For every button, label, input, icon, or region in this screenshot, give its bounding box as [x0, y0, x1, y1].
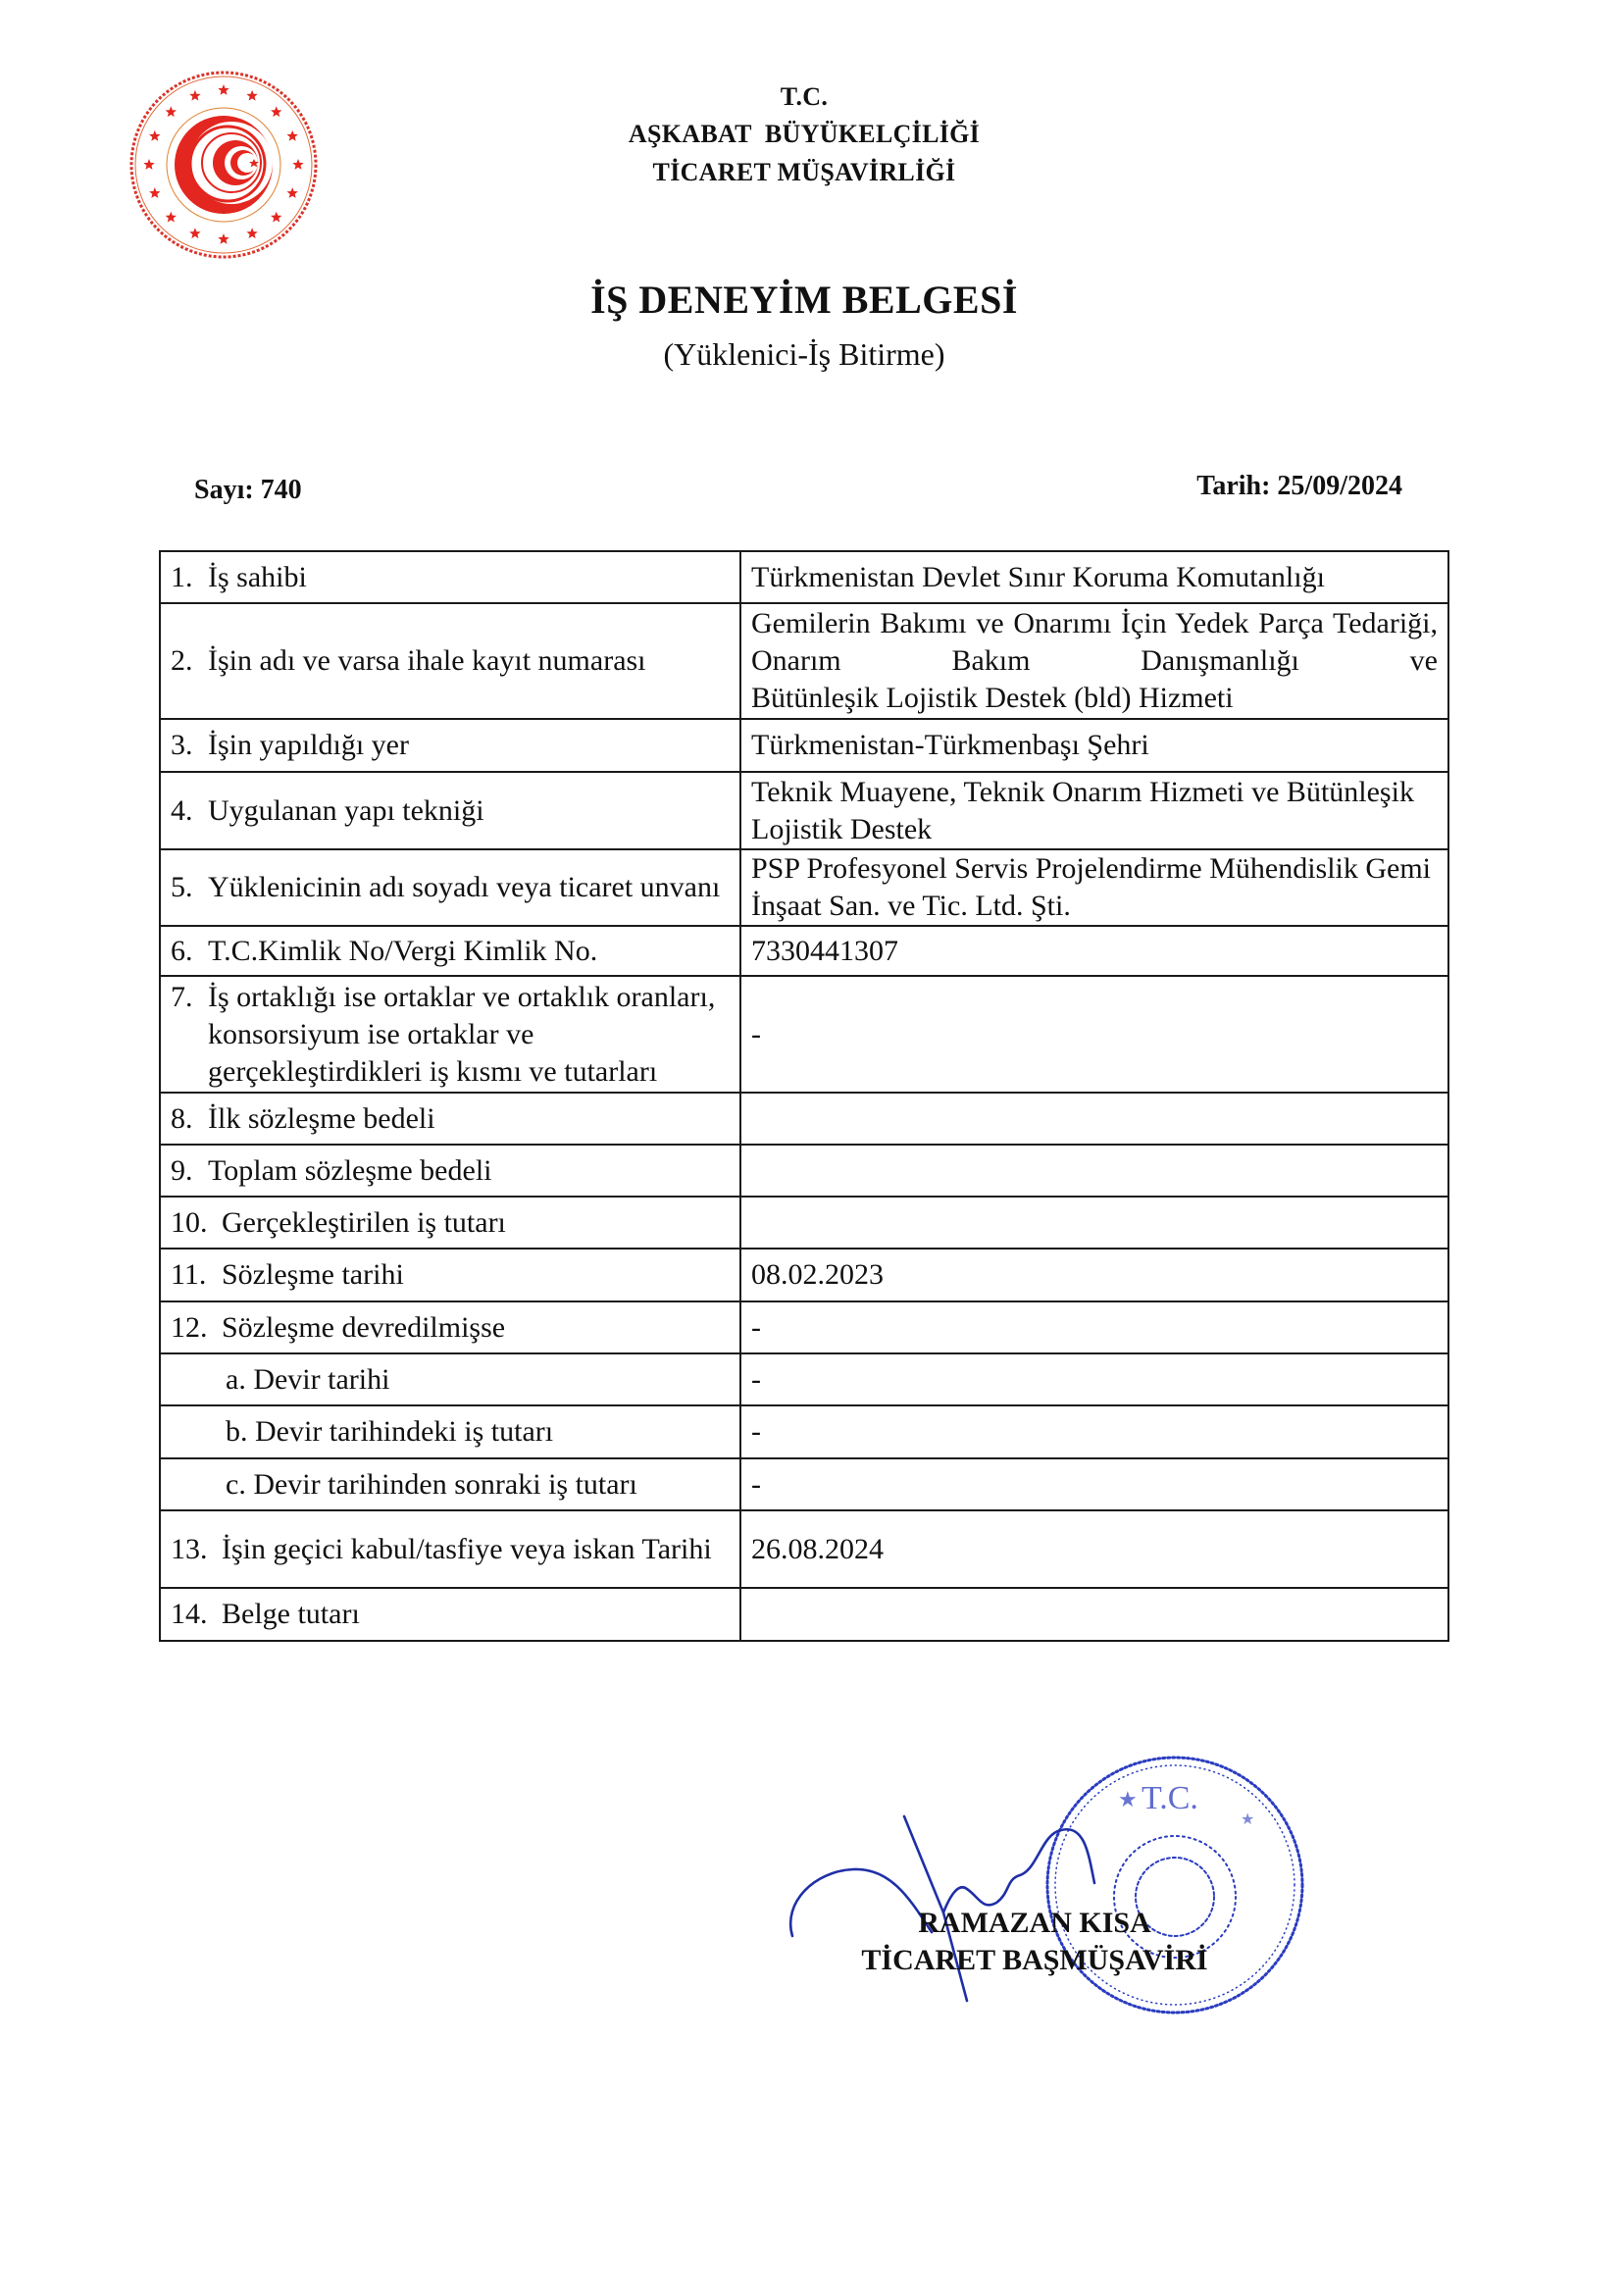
row-value: PSP Profesyonel Servis Projelendirme Müh… — [751, 852, 1431, 922]
header-office: TİCARET MÜŞAVİRLİĞİ — [549, 158, 1059, 187]
row-number: 13. — [171, 1531, 222, 1568]
document-date: Tarih: 25/09/2024 — [1196, 471, 1402, 502]
row-value: Gemilerin Bakımı ve Onarımı İçin Yedek P… — [751, 607, 1438, 677]
row-value-cell: 7330441307 — [740, 926, 1448, 976]
table-row: 14.Belge tutarı — [160, 1588, 1448, 1641]
row-value-cell: Türkmenistan-Türkmenbaşı Şehri — [740, 719, 1448, 772]
row-label-cell: 12.Sözleşme devredilmişse — [160, 1301, 740, 1353]
row-label-cell: 7.İş ortaklığı ise ortaklar ve ortaklık … — [160, 976, 740, 1093]
row-label-cell: 11.Sözleşme tarihi — [160, 1249, 740, 1301]
row-label-cell: 8.İlk sözleşme bedeli — [160, 1093, 740, 1145]
row-label: Uygulanan yapı tekniği — [208, 792, 484, 830]
row-label: İş ortaklığı ise ortaklar ve ortaklık or… — [208, 979, 730, 1091]
table-row: 7.İş ortaklığı ise ortaklar ve ortaklık … — [160, 976, 1448, 1093]
handwritten-signature-icon — [775, 1795, 1187, 2011]
row-number: 7. — [171, 979, 208, 1091]
table-row: 2.İşin adı ve varsa ihale kayıt numarası… — [160, 603, 1448, 719]
document-subtitle: (Yüklenici-İş Bitirme) — [451, 336, 1157, 373]
header-embassy: AŞKABAT BÜYÜKELÇİLİĞİ — [549, 120, 1059, 149]
row-number: 14. — [171, 1596, 222, 1633]
row-label: T.C.Kimlik No/Vergi Kimlik No. — [208, 933, 597, 970]
table-row: 9.Toplam sözleşme bedeli — [160, 1145, 1448, 1197]
row-label: Belge tutarı — [222, 1596, 360, 1633]
row-label: İşin yapıldığı yer — [208, 727, 409, 764]
row-label: Sözleşme tarihi — [222, 1256, 404, 1294]
row-value: 08.02.2023 — [751, 1258, 884, 1291]
table-row: 5.Yüklenicinin adı soyadı veya ticaret u… — [160, 849, 1448, 926]
table-row: 10.Gerçekleştirilen iş tutarı — [160, 1197, 1448, 1249]
row-value-cell — [740, 1588, 1448, 1641]
row-value-cell: - — [740, 1353, 1448, 1405]
row-label-cell: 2.İşin adı ve varsa ihale kayıt numarası — [160, 603, 740, 719]
row-value: - — [751, 1018, 761, 1050]
row-number: 1. — [171, 559, 208, 596]
row-number: 9. — [171, 1152, 208, 1190]
table-row: a. Devir tarihi- — [160, 1353, 1448, 1405]
row-value: - — [751, 1311, 761, 1344]
document-number: Sayı: 740 — [194, 475, 302, 506]
row-label-cell: 14.Belge tutarı — [160, 1588, 740, 1641]
table-row: b. Devir tarihindeki iş tutarı- — [160, 1405, 1448, 1458]
row-label-cell: c. Devir tarihinden sonraki iş tutarı — [160, 1458, 740, 1510]
row-value: - — [751, 1468, 761, 1501]
row-label: Yüklenicinin adı soyadı veya ticaret unv… — [208, 869, 720, 906]
table-row: 6.T.C.Kimlik No/Vergi Kimlik No.73304413… — [160, 926, 1448, 976]
row-number: 6. — [171, 933, 208, 970]
row-label: Gerçekleştirilen iş tutarı — [222, 1204, 506, 1242]
row-value-cell: 26.08.2024 — [740, 1510, 1448, 1588]
row-number: 10. — [171, 1204, 222, 1242]
row-label-cell: 10.Gerçekleştirilen iş tutarı — [160, 1197, 740, 1249]
row-label-cell: b. Devir tarihindeki iş tutarı — [160, 1405, 740, 1458]
row-value-continued: Bütünleşik Lojistik Destek (bld) Hizmeti — [751, 680, 1438, 717]
table-row: 8.İlk sözleşme bedeli — [160, 1093, 1448, 1145]
experience-info-table: 1.İş sahibiTürkmenistan Devlet Sınır Kor… — [159, 550, 1449, 1642]
row-label: İşin adı ve varsa ihale kayıt numarası — [208, 642, 646, 680]
row-value-cell: - — [740, 1301, 1448, 1353]
table-row: 13.İşin geçici kabul/tasfiye veya iskan … — [160, 1510, 1448, 1588]
row-value: Teknik Muayene, Teknik Onarım Hizmeti ve… — [751, 776, 1414, 845]
table-row: c. Devir tarihinden sonraki iş tutarı- — [160, 1458, 1448, 1510]
row-label: İş sahibi — [208, 559, 307, 596]
row-label-cell: 6.T.C.Kimlik No/Vergi Kimlik No. — [160, 926, 740, 976]
row-value-cell — [740, 1197, 1448, 1249]
row-number: 8. — [171, 1100, 208, 1138]
row-value: 7330441307 — [751, 935, 898, 967]
ministry-emblem-icon — [126, 67, 322, 263]
row-value: - — [751, 1415, 761, 1448]
table-row: 12.Sözleşme devredilmişse- — [160, 1301, 1448, 1353]
row-value-cell: - — [740, 976, 1448, 1093]
signatory-name: RAMAZAN KISA — [824, 1907, 1245, 1940]
row-label-cell: 4.Uygulanan yapı tekniği — [160, 772, 740, 849]
row-value-cell: - — [740, 1458, 1448, 1510]
table-row: 11.Sözleşme tarihi08.02.2023 — [160, 1249, 1448, 1301]
table-row: 1.İş sahibiTürkmenistan Devlet Sınır Kor… — [160, 551, 1448, 603]
table-row: 4.Uygulanan yapı tekniğiTeknik Muayene, … — [160, 772, 1448, 849]
row-value-cell: Teknik Muayene, Teknik Onarım Hizmeti ve… — [740, 772, 1448, 849]
row-number: 11. — [171, 1256, 222, 1294]
row-value-cell: Gemilerin Bakımı ve Onarımı İçin Yedek P… — [740, 603, 1448, 719]
svg-text:★: ★ — [1241, 1810, 1254, 1828]
row-value-cell: PSP Profesyonel Servis Projelendirme Müh… — [740, 849, 1448, 926]
row-label: b. Devir tarihindeki iş tutarı — [226, 1413, 553, 1451]
row-value-cell: Türkmenistan Devlet Sınır Koruma Komutan… — [740, 551, 1448, 603]
row-label: Sözleşme devredilmişse — [222, 1309, 505, 1347]
row-label: c. Devir tarihinden sonraki iş tutarı — [226, 1466, 637, 1504]
row-label: a. Devir tarihi — [226, 1361, 389, 1399]
row-value-cell: 08.02.2023 — [740, 1249, 1448, 1301]
row-label-cell: 1.İş sahibi — [160, 551, 740, 603]
row-label-cell: 9.Toplam sözleşme bedeli — [160, 1145, 740, 1197]
row-value: - — [751, 1363, 761, 1396]
row-label-cell: 3.İşin yapıldığı yer — [160, 719, 740, 772]
row-value-cell — [740, 1145, 1448, 1197]
row-label-cell: a. Devir tarihi — [160, 1353, 740, 1405]
row-value: Türkmenistan-Türkmenbaşı Şehri — [751, 729, 1149, 761]
row-label: İşin geçici kabul/tasfiye veya iskan Tar… — [222, 1531, 712, 1568]
row-number: 5. — [171, 869, 208, 906]
row-value: Türkmenistan Devlet Sınır Koruma Komutan… — [751, 561, 1325, 593]
row-label: İlk sözleşme bedeli — [208, 1100, 435, 1138]
row-number: 3. — [171, 727, 208, 764]
document-title: İŞ DENEYİM BELGESİ — [451, 277, 1157, 323]
row-number: 4. — [171, 792, 208, 830]
table-row: 3.İşin yapıldığı yerTürkmenistan-Türkmen… — [160, 719, 1448, 772]
row-number: 2. — [171, 642, 208, 680]
row-value: 26.08.2024 — [751, 1533, 884, 1565]
row-value-cell: - — [740, 1405, 1448, 1458]
row-label: Toplam sözleşme bedeli — [208, 1152, 491, 1190]
header-country: T.C. — [549, 82, 1059, 112]
row-number: 12. — [171, 1309, 222, 1347]
signatory-title: TİCARET BAŞMÜŞAVİRİ — [824, 1944, 1245, 1977]
row-value-cell — [740, 1093, 1448, 1145]
row-label-cell: 5.Yüklenicinin adı soyadı veya ticaret u… — [160, 849, 740, 926]
row-label-cell: 13.İşin geçici kabul/tasfiye veya iskan … — [160, 1510, 740, 1588]
